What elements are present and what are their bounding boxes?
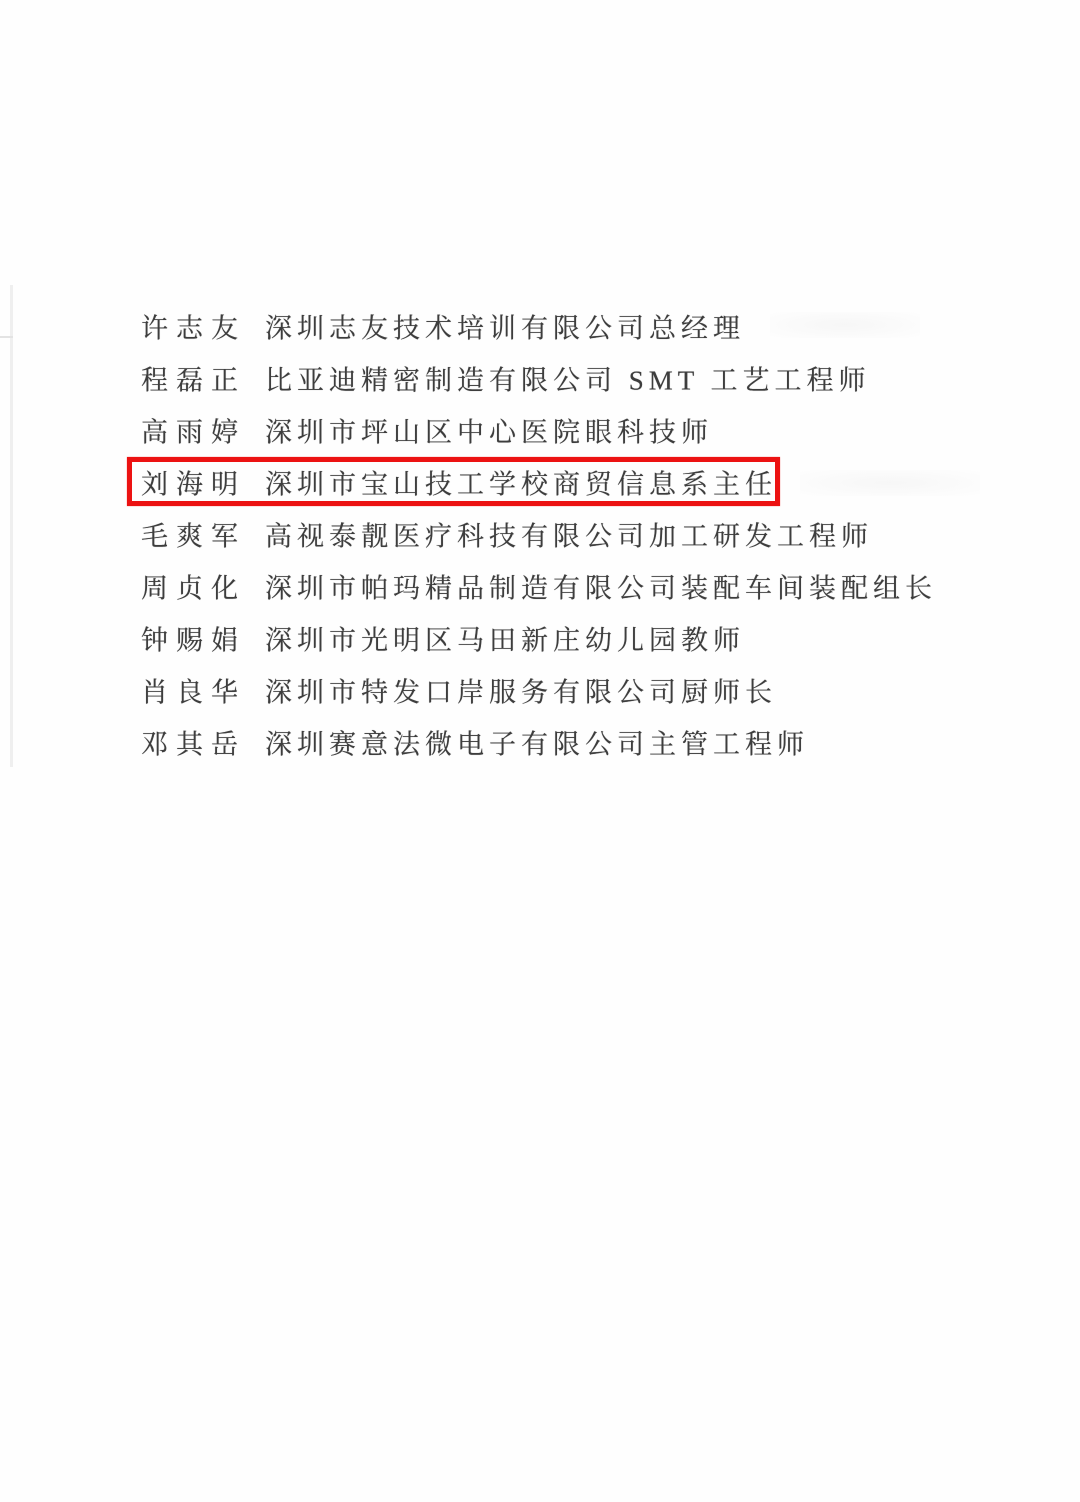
person-name: 钟赐娟 [141,619,246,658]
person-name: 周贞化 [141,567,246,606]
person-name: 高雨婷 [141,411,246,450]
list-item: 肖良华 深圳市特发口岸服务有限公司厨师长 [0,664,1080,716]
person-name: 邓其岳 [141,723,246,762]
list-item: 邓其岳 深圳赛意法微电子有限公司主管工程师 [0,716,1080,768]
list-item: 钟赐娟 深圳市光明区马田新庄幼儿园教师 [0,612,1080,664]
person-title: 比亚迪精密制造有限公司 SMT 工艺工程师 [265,359,871,398]
person-title: 深圳赛意法微电子有限公司主管工程师 [265,723,809,762]
person-title: 深圳市光明区马田新庄幼儿园教师 [265,619,745,658]
person-name: 肖良华 [141,671,246,710]
person-name: 毛爽军 [141,515,246,554]
list-item: 周贞化 深圳市帕玛精品制造有限公司装配车间装配组长 [0,560,1080,612]
person-title: 深圳志友技术培训有限公司总经理 [265,307,745,346]
list-item: 毛爽军 高视泰靓医疗科技有限公司加工研发工程师 [0,508,1080,560]
list-item-highlighted: 刘海明 深圳市宝山技工学校商贸信息系主任 [0,456,1080,508]
document-page: 许志友 深圳志友技术培训有限公司总经理 程磊正 比亚迪精密制造有限公司 SMT … [0,0,1080,1502]
list-item: 许志友 深圳志友技术培训有限公司总经理 [0,300,1080,352]
person-title: 深圳市帕玛精品制造有限公司装配车间装配组长 [265,567,937,606]
list-item: 程磊正 比亚迪精密制造有限公司 SMT 工艺工程师 [0,352,1080,404]
person-title: 深圳市坪山区中心医院眼科技师 [265,411,713,450]
personnel-roster: 许志友 深圳志友技术培训有限公司总经理 程磊正 比亚迪精密制造有限公司 SMT … [0,300,1080,768]
list-item: 高雨婷 深圳市坪山区中心医院眼科技师 [0,404,1080,456]
person-title: 深圳市宝山技工学校商贸信息系主任 [265,463,777,502]
person-name: 许志友 [141,307,246,346]
person-title: 深圳市特发口岸服务有限公司厨师长 [265,671,777,710]
person-title: 高视泰靓医疗科技有限公司加工研发工程师 [265,515,873,554]
person-name: 程磊正 [141,359,246,398]
person-name: 刘海明 [141,463,246,502]
